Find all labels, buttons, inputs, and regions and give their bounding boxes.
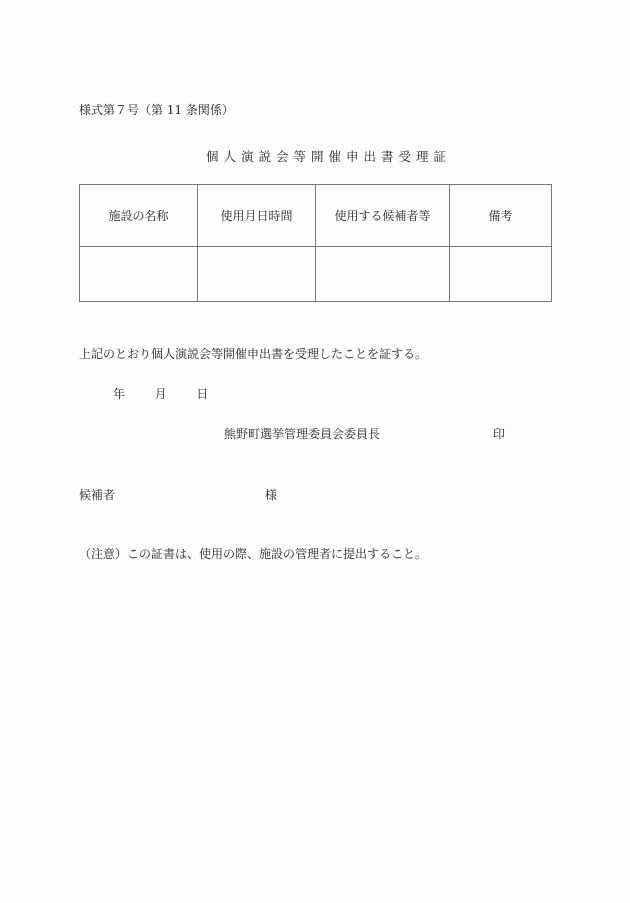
cell-remarks: [450, 247, 552, 302]
document-title: 個人演説会等開催申出書受理証: [206, 147, 451, 165]
header-candidate: 使用する候補者等: [316, 185, 450, 247]
cell-usage-datetime: [198, 247, 316, 302]
candidate-label: 候補者: [79, 486, 115, 503]
form-number: 様式第７号（第 11 条関係）: [79, 101, 234, 118]
day-label: 日: [196, 385, 208, 402]
header-facility-name: 施設の名称: [80, 185, 198, 247]
seal-mark: 印: [493, 425, 505, 442]
year-label: 年: [113, 385, 125, 402]
certification-statement: 上記のとおり個人演説会等開催申出書を受理したことを証する。: [79, 345, 427, 362]
cell-facility-name: [80, 247, 198, 302]
header-usage-datetime: 使用月日時間: [198, 185, 316, 247]
table-row: [80, 247, 552, 302]
honorific: 様: [265, 486, 277, 503]
date-line: 年 月 日: [113, 385, 208, 402]
table-header-row: 施設の名称 使用月日時間 使用する候補者等 備考: [80, 185, 552, 247]
note: （注意）この証書は、使用の際、施設の管理者に提出すること。: [79, 545, 427, 562]
issuer-title: 熊野町選挙管理委員会委員長: [224, 425, 380, 442]
month-label: 月: [155, 385, 167, 402]
header-remarks: 備考: [450, 185, 552, 247]
facility-usage-table: 施設の名称 使用月日時間 使用する候補者等 備考: [79, 184, 552, 302]
cell-candidate: [316, 247, 450, 302]
